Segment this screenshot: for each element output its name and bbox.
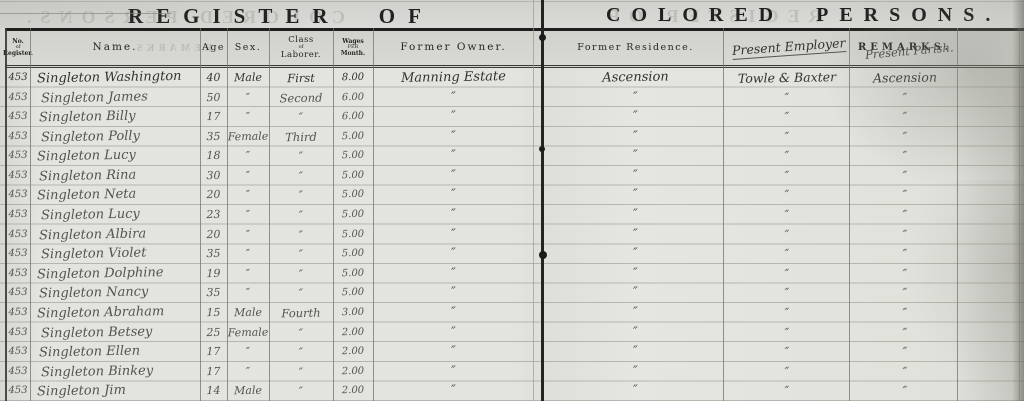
cell-age: 17 [200, 107, 227, 127]
cell-wages-per-month: 3.00 [333, 303, 373, 323]
cell-sex: ″ [227, 361, 269, 381]
scanned-register-page: COLORED PERSONS. REGISTER OF REGISTER OF… [0, 0, 1024, 401]
cell-sex: ″ [227, 244, 269, 264]
column-divider [849, 28, 850, 401]
cell-class-of-laborer: ″ [269, 146, 333, 167]
table-row: 453 Singleton Rina 30 ″ ″ 5.00 ″ ″ ″ ″ [0, 166, 1024, 186]
column-header-register-no: No. of Register. [6, 31, 30, 65]
cell-register-no: 453 [6, 224, 30, 244]
cell-name: Singleton Ellen [30, 341, 200, 364]
cell-remarks: ″ [851, 204, 959, 225]
cell-remarks: ″ [851, 361, 959, 382]
cell-former-residence: ″ [548, 301, 723, 324]
cell-class-of-laborer: ″ [269, 263, 333, 284]
cell-register-no: 453 [6, 283, 30, 303]
table-row: 453 Singleton Betsey 25 Female ″ 2.00 ″ … [0, 323, 1024, 343]
cell-former-residence: ″ [548, 106, 723, 129]
cell-former-owner: Manning Estate [373, 67, 534, 89]
cell-remarks: ″ [851, 322, 959, 343]
cell-class-of-laborer: Fourth [269, 302, 333, 323]
column-header-former-owner: Former Owner. [373, 31, 534, 65]
cell-former-owner: ″ [373, 302, 534, 324]
cell-present-employer: ″ [723, 282, 851, 304]
cell-class-of-laborer: Second [269, 87, 333, 108]
column-divider [723, 28, 724, 401]
cell-former-owner: ″ [373, 380, 534, 401]
cell-sex: ″ [227, 87, 269, 107]
binding-dot [539, 251, 547, 259]
cell-class-of-laborer: ″ [269, 361, 333, 382]
cell-age: 20 [200, 224, 227, 244]
cell-wages-per-month: 2.00 [333, 381, 373, 401]
cell-present-employer: ″ [723, 184, 851, 206]
cell-register-no: 453 [6, 342, 30, 362]
cell-wages-per-month: 6.00 [333, 87, 373, 107]
cell-remarks: ″ [851, 302, 959, 323]
cell-register-no: 453 [6, 127, 30, 147]
table-body: 453 Singleton Washington 40 Male First 8… [0, 68, 1024, 401]
cell-present-employer: ″ [723, 361, 851, 383]
cell-class-of-laborer: ″ [269, 185, 333, 206]
column-header-age: Age [200, 31, 227, 65]
table-row: 453 Singleton Polly 35 Female Third 5.00… [0, 127, 1024, 147]
cell-age: 35 [200, 244, 227, 264]
page-title-strip: COLORED PERSONS. REGISTER OF REGISTER OF… [0, 0, 1024, 28]
cell-age: 19 [200, 264, 227, 284]
cell-name: Singleton Jim [30, 380, 200, 401]
column-divider [269, 28, 270, 401]
cell-age: 18 [200, 146, 227, 166]
column-header-class-of-laborer: Class of Laborer. [269, 31, 333, 65]
cell-register-no: 453 [6, 68, 30, 88]
column-divider [200, 28, 201, 401]
cell-register-no: 453 [6, 107, 30, 127]
table-row: 453 Singleton Albira 20 ″ ″ 5.00 ″ ″ ″ ″ [0, 225, 1024, 245]
table-row: 453 Singleton Binkey 17 ″ ″ 2.00 ″ ″ ″ ″ [0, 362, 1024, 382]
cell-former-owner: ″ [373, 243, 534, 265]
binding-dot [539, 146, 545, 152]
cell-wages-per-month: 5.00 [333, 166, 373, 186]
column-header-former-residence: Former Residence. [548, 31, 723, 65]
cell-remarks: ″ [851, 243, 959, 264]
cell-remarks: ″ [851, 106, 959, 127]
cell-age: 25 [200, 322, 227, 342]
cell-remarks: ″ [851, 126, 959, 147]
table-row: 453 Singleton Violet 35 ″ ″ 5.00 ″ ″ ″ ″ [0, 244, 1024, 264]
cell-class-of-laborer: ″ [269, 342, 333, 363]
cell-wages-per-month: 5.00 [333, 283, 373, 303]
cell-wages-per-month: 6.00 [333, 107, 373, 127]
cell-age: 17 [200, 361, 227, 381]
cell-name: Singleton Lucy [30, 204, 200, 227]
column-divider [30, 28, 31, 401]
page-title-right: COLORED PERSONS. [606, 4, 1001, 27]
cell-age: 23 [200, 205, 227, 225]
cell-remarks: ″ [851, 380, 959, 401]
column-divider [1019, 28, 1020, 401]
cell-sex: ″ [227, 166, 269, 186]
cell-sex: Female [227, 322, 269, 342]
cell-class-of-laborer: ″ [269, 283, 333, 304]
column-header-name: Name. [30, 31, 200, 65]
cell-register-no: 453 [6, 205, 30, 225]
cell-present-employer: ″ [723, 380, 851, 401]
page-top-rule [0, 1, 1024, 2]
cell-age: 30 [200, 166, 227, 186]
cell-present-employer: ″ [723, 204, 851, 226]
table-row: 453 Singleton Dolphine 19 ″ ″ 5.00 ″ ″ ″… [0, 264, 1024, 284]
cell-class-of-laborer: Third [269, 126, 333, 147]
cell-name: Singleton Violet [30, 243, 200, 266]
cell-present-employer: ″ [723, 321, 851, 343]
cell-age: 14 [200, 381, 227, 401]
cell-wages-per-month: 2.00 [333, 322, 373, 342]
cell-former-residence: ″ [548, 380, 723, 401]
cell-wages-per-month: 2.00 [333, 361, 373, 381]
cell-wages-per-month: 5.00 [333, 146, 373, 166]
cell-present-employer: Towle & Baxter [723, 67, 851, 89]
cell-wages-per-month: 8.00 [333, 68, 373, 88]
cell-present-employer: ″ [723, 302, 851, 324]
table-header: REMARKS No. of Register. Name. Age Sex. … [5, 28, 1024, 68]
cell-remarks: ″ [851, 263, 959, 284]
cell-class-of-laborer: First [269, 67, 333, 88]
table-row: 453 Singleton Washington 40 Male First 8… [0, 68, 1024, 88]
book-binding-line [541, 0, 544, 401]
cell-present-employer: ″ [723, 106, 851, 128]
column-header-wages-per-month: Wages PER Month. [333, 31, 373, 65]
cell-register-no: 453 [6, 87, 30, 107]
table-row: 453 Singleton Neta 20 ″ ″ 5.00 ″ ″ ″ ″ [0, 185, 1024, 205]
cell-name: Singleton Abraham [30, 301, 200, 324]
table-row: 453 Singleton Nancy 35 ″ ″ 5.00 ″ ″ ″ ″ [0, 283, 1024, 303]
cell-age: 40 [200, 68, 227, 88]
cell-present-employer: ″ [723, 86, 851, 108]
cell-former-residence: ″ [548, 341, 723, 364]
cell-age: 20 [200, 185, 227, 205]
page-fold-edge [533, 0, 534, 401]
cell-former-owner: ″ [373, 145, 534, 167]
table-row: 453 Singleton Jim 14 Male ″ 2.00 ″ ″ ″ ″ [0, 381, 1024, 401]
cell-sex: ″ [227, 342, 269, 362]
cell-age: 15 [200, 303, 227, 323]
column-divider [227, 28, 228, 401]
cell-age: 50 [200, 87, 227, 107]
cell-remarks: ″ [851, 224, 959, 245]
table-row: 453 Singleton Abraham 15 Male Fourth 3.0… [0, 303, 1024, 323]
table-row: 453 Singleton James 50 ″ Second 6.00 ″ ″… [0, 88, 1024, 108]
cell-sex: Male [227, 381, 269, 401]
cell-class-of-laborer: ″ [269, 204, 333, 225]
cell-wages-per-month: 5.00 [333, 205, 373, 225]
cell-wages-per-month: 5.00 [333, 224, 373, 244]
column-header-present-employer-handwritten: Present Employer [732, 35, 847, 60]
cell-remarks: ″ [851, 145, 959, 166]
cell-present-employer: ″ [723, 126, 851, 148]
cell-sex: Male [227, 68, 269, 88]
cell-class-of-laborer: ″ [269, 107, 333, 128]
cell-former-residence: Ascension [548, 66, 723, 89]
cell-class-of-laborer: ″ [269, 381, 333, 401]
cell-register-no: 453 [6, 185, 30, 205]
cell-remarks: ″ [851, 341, 959, 362]
cell-class-of-laborer: ″ [269, 244, 333, 265]
cell-register-no: 453 [6, 361, 30, 381]
cell-present-employer: ″ [723, 243, 851, 265]
cell-wages-per-month: 5.00 [333, 185, 373, 205]
cell-name: Singleton Billy [30, 106, 200, 129]
cell-register-no: 453 [6, 264, 30, 284]
cell-wages-per-month: 5.00 [333, 263, 373, 283]
table-row: 453 Singleton Lucy 18 ″ ″ 5.00 ″ ″ ″ ″ [0, 146, 1024, 166]
cell-remarks: ″ [851, 185, 959, 206]
cell-wages-per-month: 2.00 [333, 342, 373, 362]
cell-former-owner: ″ [373, 282, 534, 304]
table-row: 453 Singleton Ellen 17 ″ ″ 2.00 ″ ″ ″ ″ [0, 342, 1024, 362]
table-row: 453 Singleton Billy 17 ″ ″ 6.00 ″ ″ ″ ″ [0, 107, 1024, 127]
cell-wages-per-month: 5.00 [333, 244, 373, 264]
cell-present-employer: ″ [723, 341, 851, 363]
cell-class-of-laborer: ″ [269, 165, 333, 186]
column-divider [957, 28, 958, 401]
cell-age: 17 [200, 342, 227, 362]
cell-remarks: ″ [851, 87, 959, 108]
cell-sex: ″ [227, 205, 269, 225]
table-row: 453 Singleton Lucy 23 ″ ″ 5.00 ″ ″ ″ ″ [0, 205, 1024, 225]
cell-present-employer: ″ [723, 224, 851, 246]
page-title-left: REGISTER OF [128, 4, 434, 29]
binding-dot [539, 34, 546, 41]
cell-sex: ″ [227, 263, 269, 283]
cell-sex: ″ [227, 146, 269, 166]
cell-class-of-laborer: ″ [269, 322, 333, 343]
cell-remarks: ″ [851, 165, 959, 186]
cell-age: 35 [200, 283, 227, 303]
cell-name: Singleton Washington [30, 67, 200, 90]
cell-sex: ″ [227, 185, 269, 205]
cell-sex: ″ [227, 224, 269, 244]
cell-register-no: 453 [6, 166, 30, 186]
cell-sex: ″ [227, 283, 269, 303]
cell-remarks: Ascension [851, 67, 959, 88]
cell-former-residence: ″ [548, 243, 723, 266]
column-divider [373, 28, 374, 401]
column-header-sex: Sex. [227, 31, 269, 65]
cell-sex: Male [227, 303, 269, 323]
cell-register-no: 453 [6, 381, 30, 401]
column-divider [5, 28, 7, 401]
cell-former-residence: ″ [548, 204, 723, 227]
page-edge-line [0, 13, 172, 14]
cell-register-no: 453 [6, 303, 30, 323]
cell-wages-per-month: 5.00 [333, 126, 373, 146]
cell-register-no: 453 [6, 322, 30, 342]
cell-register-no: 453 [6, 244, 30, 264]
cell-former-owner: ″ [373, 341, 534, 363]
cell-sex: ″ [227, 107, 269, 127]
cell-present-employer: ″ [723, 145, 851, 167]
cell-sex: Female [227, 126, 269, 146]
cell-register-no: 453 [6, 146, 30, 166]
cell-age: 35 [200, 127, 227, 147]
cell-class-of-laborer: ″ [269, 224, 333, 245]
cell-remarks: ″ [851, 282, 959, 303]
cell-former-owner: ″ [373, 204, 534, 226]
column-divider [333, 28, 334, 401]
cell-former-owner: ″ [373, 106, 534, 128]
